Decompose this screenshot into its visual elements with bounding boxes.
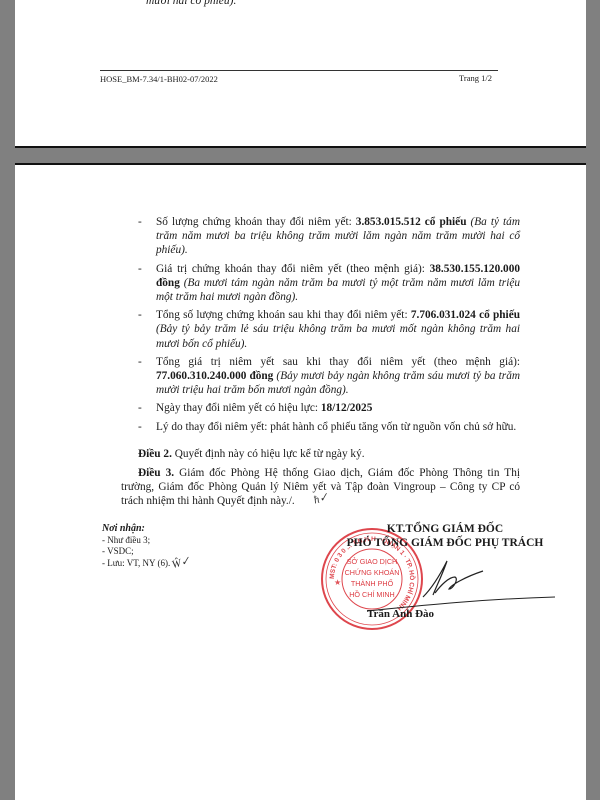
bullet-dash: -: [138, 355, 142, 369]
footer-page-number: Trang 1/2: [459, 73, 492, 83]
article-2-text: Quyết định này có hiệu lực kể từ ngày ký…: [172, 448, 365, 460]
listing-change-details: - Số lượng chứng khoán thay đổi niêm yết…: [138, 215, 520, 438]
detail-value: 7.706.031.024 cổ phiếu: [411, 309, 520, 321]
stamp-line: THÀNH PHỐ: [351, 578, 394, 588]
signature-title-line2: PHÓ TỔNG GIÁM ĐỐC PHỤ TRÁCH: [315, 536, 575, 550]
page1-trailing-text: mươi hai cổ phiếu).: [146, 0, 236, 7]
detail-label: Tổng giá trị niêm yết sau khi thay đổi n…: [156, 356, 520, 368]
stamp-line: CHỨNG KHOÁN: [345, 568, 400, 577]
document-page-1: mươi hai cổ phiếu). HOSE_BM-7.34/1-BH02-…: [15, 0, 586, 148]
detail-label: Ngày thay đổi niêm yết có hiệu lực:: [156, 402, 321, 414]
signature-title-line1: KT.TỔNG GIÁM ĐỐC: [315, 522, 575, 536]
detail-item-total-quantity: - Tổng số lượng chứng khoán sau khi thay…: [138, 308, 520, 351]
signature-title-block: KT.TỔNG GIÁM ĐỐC PHÓ TỔNG GIÁM ĐỐC PHỤ T…: [315, 522, 575, 550]
footer-form-code: HOSE_BM-7.34/1-BH02-07/2022: [100, 74, 218, 84]
bullet-dash: -: [138, 420, 142, 434]
detail-item-changed-value: - Giá trị chứng khoán thay đổi niêm yết …: [138, 262, 520, 305]
footer-divider: [100, 70, 498, 71]
detail-value: 77.060.310.240.000 đồng: [156, 370, 273, 382]
stamp-star-icon: ★: [334, 578, 341, 587]
stamp-line: SỞ GIAO DỊCH: [347, 557, 398, 566]
handwritten-initial: Ŵ✓: [171, 555, 192, 571]
recipient-item: - VSDC;: [102, 546, 191, 558]
article-3: Điều 3. Giám đốc Phòng Hệ thống Giao dịc…: [121, 466, 520, 509]
detail-label: Giá trị chứng khoán thay đổi niêm yết (t…: [156, 263, 430, 275]
detail-note: (Bảy tỷ bảy trăm lẻ sáu triệu không trăm…: [156, 323, 520, 349]
detail-item-reason: - Lý do thay đổi niêm yết: phát hành cổ …: [138, 420, 520, 434]
handwritten-initial: ħ✓: [295, 491, 329, 513]
detail-item-effective-date: - Ngày thay đổi niêm yết có hiệu lực: 18…: [138, 401, 520, 415]
detail-item-changed-quantity: - Số lượng chứng khoán thay đổi niêm yết…: [138, 215, 520, 258]
document-page-2: - Số lượng chứng khoán thay đổi niêm yết…: [15, 163, 586, 800]
bullet-dash: -: [138, 262, 142, 276]
article-2: Điều 2. Quyết định này có hiệu lực kể từ…: [138, 447, 520, 461]
signer-name: Trần Anh Đào: [367, 608, 434, 620]
recipient-item-text: - Lưu: VT, NY (6).: [102, 558, 170, 568]
handwritten-signature: [365, 555, 565, 615]
recipient-item: - Lưu: VT, NY (6).Ŵ✓: [102, 558, 191, 570]
detail-value: 18/12/2025: [321, 402, 372, 414]
detail-label: Tổng số lượng chứng khoán sau khi thay đ…: [156, 309, 411, 321]
bullet-dash: -: [138, 215, 142, 229]
detail-note: (Ba mươi tám ngàn năm trăm ba mươi tỷ mộ…: [156, 277, 520, 303]
article-3-heading: Điều 3.: [138, 467, 174, 479]
article-2-heading: Điều 2.: [138, 448, 172, 460]
stamp-line: HỒ CHÍ MINH: [349, 589, 395, 599]
detail-label: Lý do thay đổi niêm yết: phát hành cổ ph…: [156, 421, 516, 433]
recipient-item: - Như điều 3;: [102, 535, 191, 547]
detail-value: 3.853.015.512 cổ phiếu: [356, 216, 467, 228]
recipients-title: Nơi nhận:: [102, 523, 191, 535]
detail-item-total-value: - Tổng giá trị niêm yết sau khi thay đổi…: [138, 355, 520, 398]
recipients-block: Nơi nhận: - Như điều 3; - VSDC; - Lưu: V…: [102, 523, 191, 569]
bullet-dash: -: [138, 401, 142, 415]
detail-label: Số lượng chứng khoán thay đổi niêm yết:: [156, 216, 356, 228]
bullet-dash: -: [138, 308, 142, 322]
